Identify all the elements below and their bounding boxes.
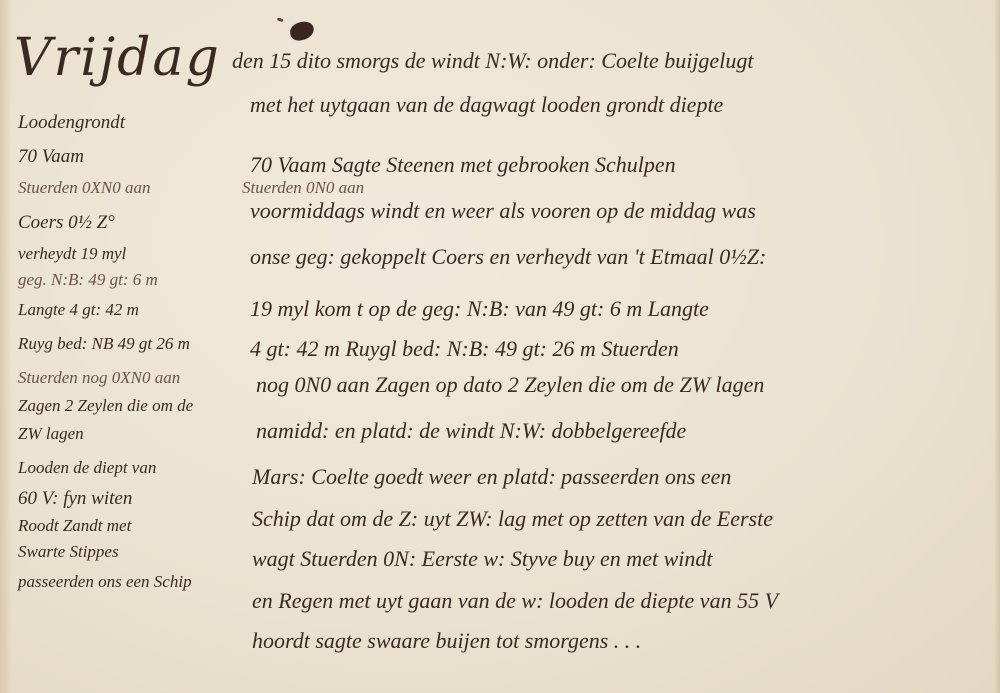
log-line: 19 myl kom t op de geg: N:B: van 49 gt: … — [250, 296, 709, 322]
log-line: voormiddags windt en weer als vooren op … — [250, 198, 756, 224]
log-line: den 15 dito smorgs de windt N:W: onder: … — [232, 48, 753, 74]
log-line: Schip dat om de Z: uyt ZW: lag met op ze… — [252, 506, 773, 532]
log-line: namidd: en platd: de windt N:W: dobbelge… — [256, 418, 686, 444]
margin-note: geg. N:B: 49 gt: 6 m — [18, 270, 158, 290]
margin-note: ZW lagen — [18, 424, 84, 444]
margin-note: Swarte Stippes — [18, 542, 119, 562]
day-heading: Vrijdag — [14, 28, 221, 88]
margin-note: Roodt Zandt met — [18, 516, 131, 536]
manuscript-page: Vrijdag Loodengrondt 70 Vaam Stuerden 0X… — [0, 0, 1000, 693]
log-line: en Regen met uyt gaan van de w: looden d… — [252, 588, 778, 614]
margin-note: Langte 4 gt: 42 m — [18, 300, 139, 320]
log-line: wagt Stuerden 0N: Eerste w: Styve buy en… — [252, 546, 712, 572]
log-line: 70 Vaam Sagte Steenen met gebrooken Schu… — [250, 152, 676, 178]
margin-note: passeerden ons een Schip — [18, 572, 192, 592]
margin-note: Loodengrondt — [18, 112, 125, 134]
margin-note: Stuerden nog 0XN0 aan — [18, 368, 180, 388]
margin-note: Looden de diept van — [18, 458, 156, 478]
margin-note: Zagen 2 Zeylen die om de — [18, 396, 193, 416]
page-edge-right — [994, 0, 1000, 693]
margin-note: 60 V: fyn witen — [18, 488, 132, 510]
margin-note: Stuerden 0XN0 aan — [18, 178, 151, 198]
log-line: Mars: Coelte goedt weer en platd: passee… — [252, 464, 731, 490]
margin-note: Ruyg bed: NB 49 gt 26 m — [18, 334, 190, 354]
ink-blot — [288, 20, 315, 43]
log-line: onse geg: gekoppelt Coers en verheydt va… — [250, 244, 766, 270]
log-line: met het uytgaan van de dagwagt looden gr… — [250, 92, 723, 118]
log-line: nog 0N0 aan Zagen op dato 2 Zeylen die o… — [256, 372, 764, 398]
log-line: 4 gt: 42 m Ruygl bed: N:B: 49 gt: 26 m S… — [250, 336, 679, 362]
page-edge-left — [0, 0, 12, 693]
log-line: hoordt sagte swaare buijen tot smorgens … — [252, 628, 641, 654]
margin-note: Coers 0½ Z° — [18, 212, 115, 234]
log-line: Stuerden 0N0 aan — [242, 178, 364, 198]
margin-note: verheydt 19 myl — [18, 244, 126, 264]
margin-note: 70 Vaam — [18, 146, 84, 168]
